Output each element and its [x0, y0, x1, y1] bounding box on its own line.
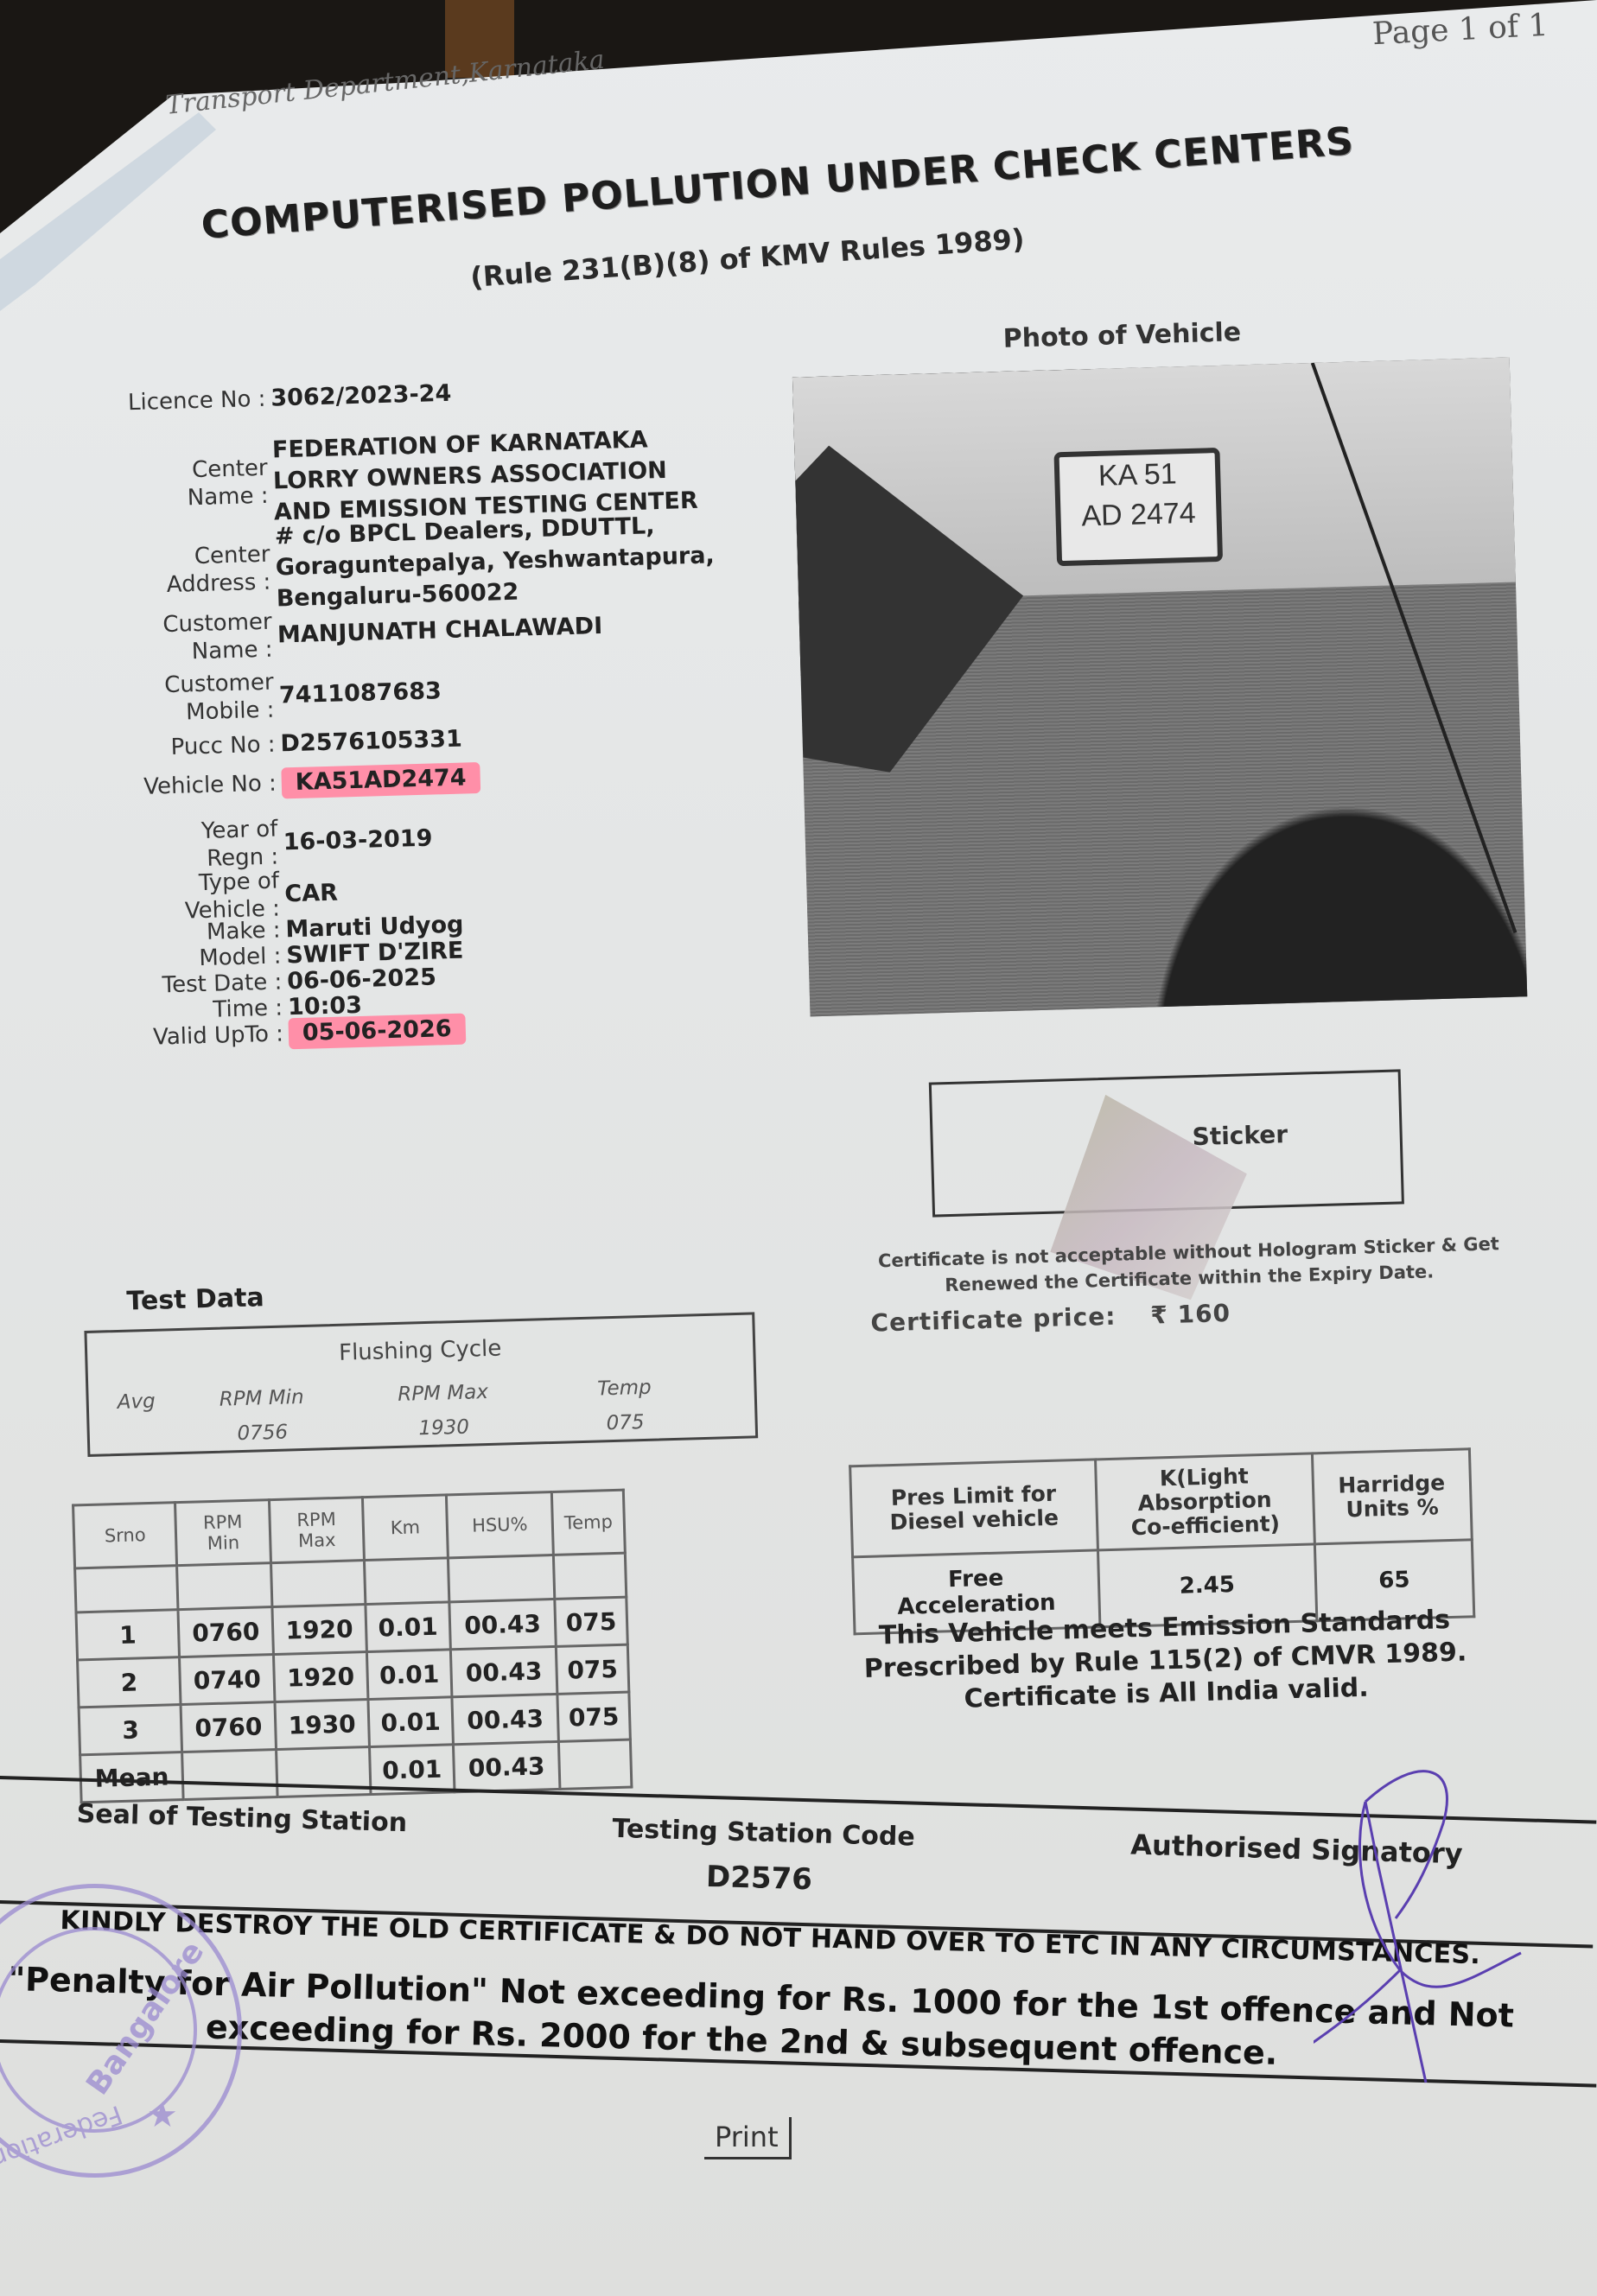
- detail-label: Licence No :: [75, 385, 271, 418]
- signature: [1314, 1720, 1573, 2100]
- print-button[interactable]: Print: [704, 2117, 792, 2159]
- flushing-header: Temp: [546, 1375, 703, 1402]
- readings-cell: 0740: [180, 1655, 275, 1705]
- sticker-label: Sticker: [1192, 1120, 1288, 1151]
- detail-value: 3062/2023-24: [270, 378, 452, 415]
- number-plate: KA 51 AD 2474: [1053, 448, 1223, 566]
- flushing-value: 075: [547, 1409, 703, 1436]
- readings-header: Temp: [551, 1490, 625, 1555]
- readings-cell: 1: [76, 1610, 180, 1660]
- flushing-value: 1930: [340, 1414, 548, 1442]
- compliance-statement: This Vehicle meets Emission Standards Pr…: [853, 1603, 1478, 1719]
- readings-cell: [448, 1555, 555, 1601]
- stamp-star-icon: ★: [147, 2096, 178, 2135]
- readings-header: Km: [363, 1495, 449, 1561]
- flushing-header: RPM Min: [183, 1385, 340, 1412]
- readings-cell: 1920: [273, 1652, 368, 1702]
- readings-table: SrnoRPM MinRPM MaxKmHSU%Temp1076019200.0…: [72, 1489, 633, 1804]
- flushing-cycle-box: Flushing Cycle AvgRPM MinRPM MaxTemp 075…: [84, 1312, 758, 1457]
- detail-label: Center Address :: [80, 541, 277, 601]
- readings-cell: 00.43: [453, 1741, 560, 1791]
- flushing-value: 0756: [184, 1420, 340, 1447]
- detail-value: KA51AD2474: [281, 762, 480, 798]
- detail-label: Vehicle No :: [86, 769, 282, 802]
- readings-cell: 0.01: [366, 1602, 450, 1652]
- detail-row: Customer Mobile :7411087683: [83, 664, 442, 729]
- flushing-cycle-caption: Flushing Cycle: [87, 1328, 754, 1372]
- detail-value: MANJUNATH CHALAWADI: [277, 611, 603, 651]
- limits-header: Pres Limit for Diesel vehicle: [850, 1460, 1098, 1557]
- readings-cell: 1930: [275, 1700, 370, 1750]
- readings-cell: [75, 1566, 179, 1612]
- readings-cell: 2: [78, 1657, 181, 1708]
- detail-label: Center Name :: [77, 455, 274, 515]
- flushing-header: Avg: [88, 1390, 184, 1415]
- detail-row: Year of Regn :16-03-2019: [87, 811, 433, 876]
- flushing-header: RPM Max: [339, 1379, 547, 1408]
- detail-value: D2576105331: [280, 724, 462, 760]
- readings-cell: 075: [557, 1692, 630, 1741]
- seal-label: Seal of Testing Station: [76, 1799, 407, 1839]
- price-value: ₹ 160: [1150, 1299, 1231, 1330]
- detail-value: CAR: [284, 878, 338, 911]
- detail-value: 05-06-2026: [288, 1014, 466, 1050]
- limits-header: K(Light Absorption Co-efficient): [1095, 1453, 1314, 1550]
- station-code: D2576: [705, 1860, 812, 1897]
- readings-cell: [365, 1558, 449, 1605]
- flushing-value: [90, 1424, 186, 1449]
- readings-cell: 00.43: [449, 1599, 557, 1649]
- vehicle-photo: KA 51 AD 2474: [792, 358, 1527, 1017]
- readings-cell: 0.01: [368, 1697, 453, 1747]
- plate-line-1: KA 51: [1059, 453, 1216, 497]
- readings-header: RPM Min: [175, 1500, 270, 1566]
- detail-label: Pucc No :: [85, 730, 281, 763]
- detail-row: Center Address :# c/o BPCL Dealers, DDUT…: [79, 509, 716, 620]
- detail-value: 16-03-2019: [283, 824, 433, 859]
- detail-value: 7411087683: [278, 676, 442, 711]
- readings-header: HSU%: [446, 1492, 553, 1558]
- readings-cell: [177, 1563, 272, 1610]
- readings-cell: 075: [556, 1644, 628, 1694]
- test-data-title: Test Data: [126, 1282, 264, 1316]
- readings-cell: [558, 1739, 631, 1789]
- detail-value: # c/o BPCL Dealers, DDUTTL, Goraguntepal…: [274, 509, 716, 614]
- readings-cell: 0760: [178, 1607, 273, 1657]
- station-code-label: Testing Station Code: [612, 1814, 915, 1853]
- detail-label: Year of Regn :: [87, 815, 284, 875]
- readings-cell: 3: [79, 1705, 182, 1755]
- readings-cell: 1920: [272, 1605, 367, 1655]
- readings-cell: [553, 1553, 626, 1599]
- plate-line-2: AD 2474: [1060, 493, 1217, 537]
- readings-cell: 075: [555, 1597, 627, 1646]
- readings-cell: [270, 1561, 366, 1607]
- detail-label: Valid UpTo :: [93, 1020, 289, 1053]
- limits-header: Harridge Units %: [1312, 1449, 1472, 1544]
- readings-cell: 00.43: [450, 1646, 557, 1696]
- readings-header: Srno: [73, 1503, 177, 1568]
- readings-cell: 0.01: [367, 1650, 452, 1700]
- flushing-headers: AvgRPM MinRPM MaxTemp: [88, 1373, 754, 1414]
- readings-header: RPM Max: [269, 1498, 364, 1563]
- readings-cell: 0760: [181, 1702, 276, 1752]
- detail-label: Customer Name :: [81, 607, 278, 668]
- detail-label: Customer Mobile :: [83, 668, 280, 728]
- readings-cell: 00.43: [452, 1694, 559, 1744]
